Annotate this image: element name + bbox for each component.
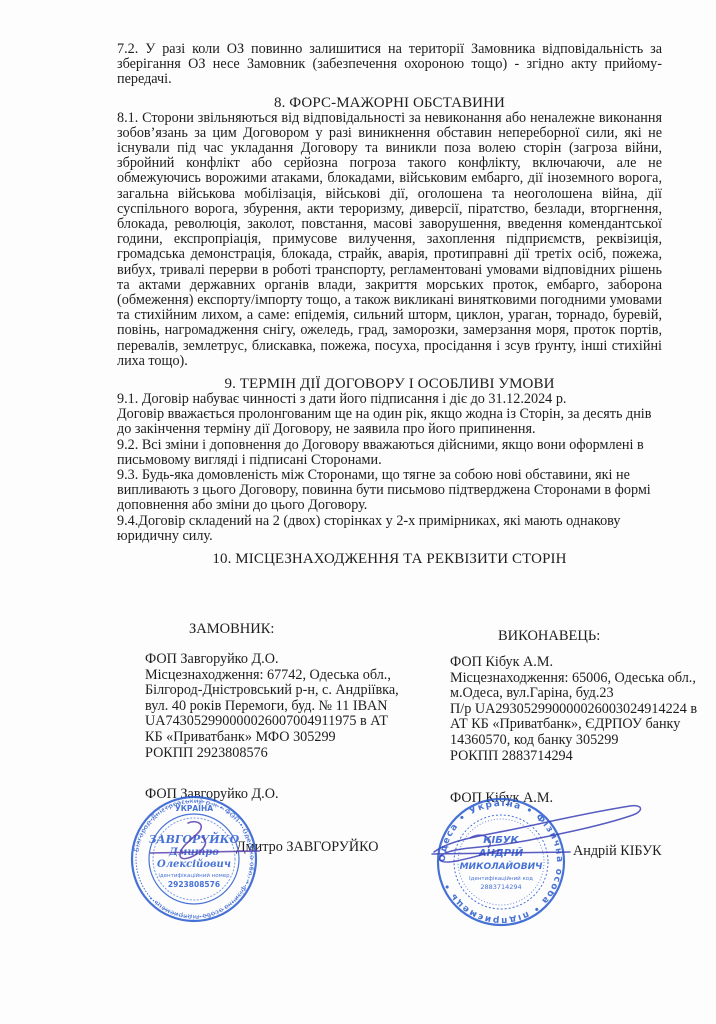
paragraph-7-2: 7.2. У разі коли ОЗ повинно залишитися н… — [117, 42, 662, 88]
contractor-line: П/р UA293052990000026003024914224 в — [450, 702, 697, 718]
customer-title: ЗАМОВНИК: — [189, 622, 274, 637]
customer-line: Місцезнаходження: 67742, Одеська обл., — [145, 668, 399, 684]
svg-text:2883714294: 2883714294 — [480, 883, 521, 891]
customer-line: ФОП Завгоруйко Д.О. — [145, 652, 399, 668]
paragraph-9-1a: 9.1. Договір набуває чинності з дати йог… — [117, 392, 662, 407]
contractor-handwritten-signature-icon — [430, 800, 650, 870]
paragraph-8-1: 8.1. Сторони звільняються від відповідал… — [117, 111, 662, 369]
contractor-line: РОКПП 2883714294 — [450, 749, 697, 765]
paragraph-9-1b: Договір вважається пролонгованим ще на о… — [117, 407, 662, 437]
section-8-heading: 8. ФОРС-МАЖОРНІ ОБСТАВИНИ — [117, 95, 662, 111]
contractor-line: м.Одеса, вул.Гаріна, буд.23 — [450, 686, 697, 702]
contractor-title: ВИКОНАВЕЦЬ: — [498, 629, 600, 644]
customer-line: Білгород-Дністровський р-н, с. Андріївка… — [145, 683, 399, 699]
customer-line: вул. 40 років Перемоги, буд. № 11 IBAN — [145, 699, 399, 715]
paragraph-9-2: 9.2. Всі зміни і доповнення до Договору … — [117, 438, 662, 468]
customer-line: UA743052990000026007004911975 в АТ — [145, 714, 399, 730]
contractor-details: ФОП Кібук А.М. Місцезнаходження: 65006, … — [450, 655, 697, 764]
document-body: 7.2. У разі коли ОЗ повинно залишитися н… — [117, 42, 662, 567]
svg-text:УКРАЇНА: УКРАЇНА — [175, 804, 213, 813]
spacer — [117, 88, 662, 94]
customer-line: КБ «Приватбанк» МФО 305299 — [145, 730, 399, 746]
contractor-line: АТ КБ «Приватбанк», ЄДРПОУ банку — [450, 717, 697, 733]
section-9-heading: 9. ТЕРМІН ДІЇ ДОГОВОРУ І ОСОБЛИВІ УМОВИ — [117, 376, 662, 392]
document-page: 7.2. У разі коли ОЗ повинно залишитися н… — [0, 0, 716, 1024]
contractor-line: ФОП Кібук А.М. — [450, 655, 697, 671]
spacer — [117, 544, 662, 550]
svg-text:Ідентифікаційний код: Ідентифікаційний код — [469, 875, 533, 882]
paragraph-9-4: 9.4.Договір складений на 2 (двох) сторін… — [117, 514, 662, 544]
paragraph-9-3: 9.3. Будь-яка домовленість між Сторонами… — [117, 468, 662, 514]
customer-line: РОКПП 2923808576 — [145, 746, 399, 762]
spacer — [117, 369, 662, 375]
svg-text:2923808576: 2923808576 — [168, 880, 220, 889]
section-10-heading: 10. МІСЦЕЗНАХОДЖЕННЯ ТА РЕКВІЗИТИ СТОРІН — [117, 551, 662, 567]
customer-handwritten-signature-icon — [150, 815, 260, 875]
customer-details: ФОП Завгоруйко Д.О. Місцезнаходження: 67… — [145, 652, 399, 761]
contractor-line: 14360570, код банку 305299 — [450, 733, 697, 749]
contractor-line: Місцезнаходження: 65006, Одеська обл., — [450, 671, 697, 687]
